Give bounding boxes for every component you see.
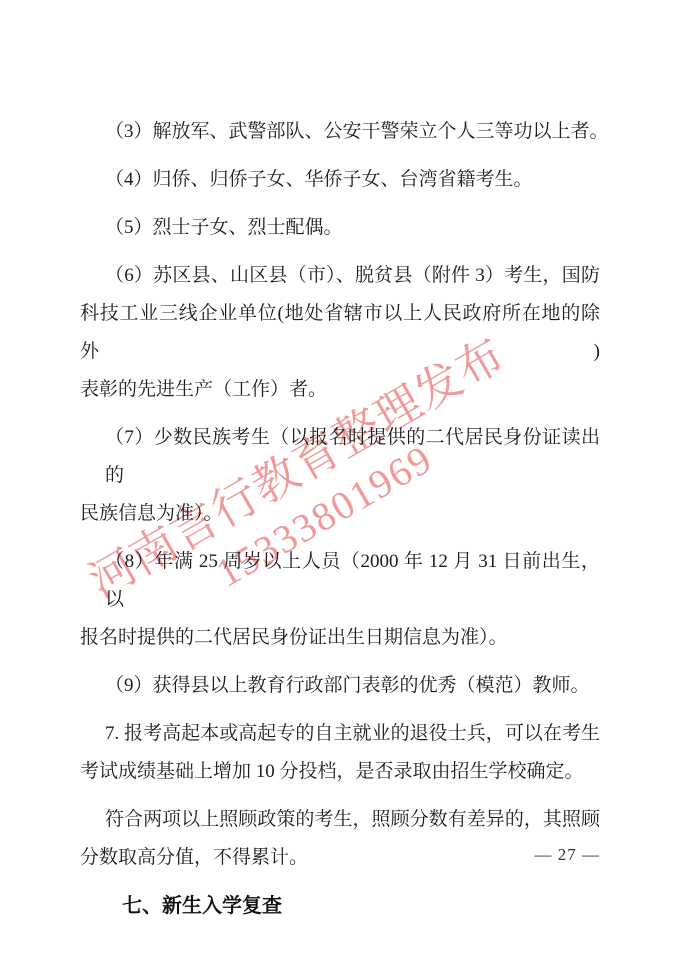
paragraph: （7）少数民族考生（以报名时提供的二代居民身份证读出的 民族信息为准）。 — [80, 419, 600, 533]
document-page: 河南言行教育整理发布 15333801969 （3）解放军、武警部队、公安干警荣… — [0, 0, 680, 962]
paragraph: 7. 报考高起本或高起专的自主就业的退役士兵，可以在考生 考试成绩基础上增加 1… — [80, 715, 600, 791]
paragraph-line: 7. 报考高起本或高起专的自主就业的退役士兵，可以在考生 — [80, 715, 600, 753]
paragraph-line: （5）烈士子女、烈士配偶。 — [80, 209, 600, 247]
paragraph: （4）归侨、归侨子女、华侨子女、台湾省籍考生。 — [80, 161, 600, 199]
paragraph-line: （9）获得县以上教育行政部门表彰的优秀（模范）教师。 — [80, 667, 600, 705]
paragraph-line: （3）解放军、武警部队、公安干警荣立个人三等功以上者。 — [80, 113, 600, 151]
section-heading: 七、新生入学复查 — [80, 887, 600, 925]
paragraph-line: 报名时提供的二代居民身份证出生日期信息为准）。 — [80, 619, 600, 657]
page-number: — 27 — — [535, 845, 601, 865]
paragraph-line: （7）少数民族考生（以报名时提供的二代居民身份证读出的 — [80, 419, 600, 495]
paragraph-line: （6）苏区县、山区县（市）、脱贫县（附件 3）考生，国防 — [80, 257, 600, 295]
paragraph: （5）烈士子女、烈士配偶。 — [80, 209, 600, 247]
paragraph-line: 表彰的先进生产（工作）者。 — [80, 371, 600, 409]
paragraph: （3）解放军、武警部队、公安干警荣立个人三等功以上者。 — [80, 113, 600, 151]
paragraph-line: 符合两项以上照顾政策的考生，照顾分数有差异的，其照顾 — [80, 801, 600, 839]
paragraph: （6）苏区县、山区县（市）、脱贫县（附件 3）考生，国防 科技工业三线企业单位(… — [80, 257, 600, 409]
paragraph: （9）获得县以上教育行政部门表彰的优秀（模范）教师。 — [80, 667, 600, 705]
paragraph-line: 分数取高分值，不得累计。 — [80, 839, 600, 877]
paragraph-line: 考试成绩基础上增加 10 分投档，是否录取由招生学校确定。 — [80, 753, 600, 791]
paragraph-line: 科技工业三线企业单位(地处省辖市以上人民政府所在地的除外) — [80, 295, 600, 371]
paragraph: 符合两项以上照顾政策的考生，照顾分数有差异的，其照顾 分数取高分值，不得累计。 — [80, 801, 600, 877]
paragraph-line: （4）归侨、归侨子女、华侨子女、台湾省籍考生。 — [80, 161, 600, 199]
paragraph: （8）年满 25 周岁以上人员（2000 年 12 月 31 日前出生，以 报名… — [80, 543, 600, 657]
document-body: （3）解放军、武警部队、公安干警荣立个人三等功以上者。 （4）归侨、归侨子女、华… — [80, 113, 600, 925]
paragraph-line: 民族信息为准）。 — [80, 495, 600, 533]
paragraph-line: （8）年满 25 周岁以上人员（2000 年 12 月 31 日前出生，以 — [80, 543, 600, 619]
